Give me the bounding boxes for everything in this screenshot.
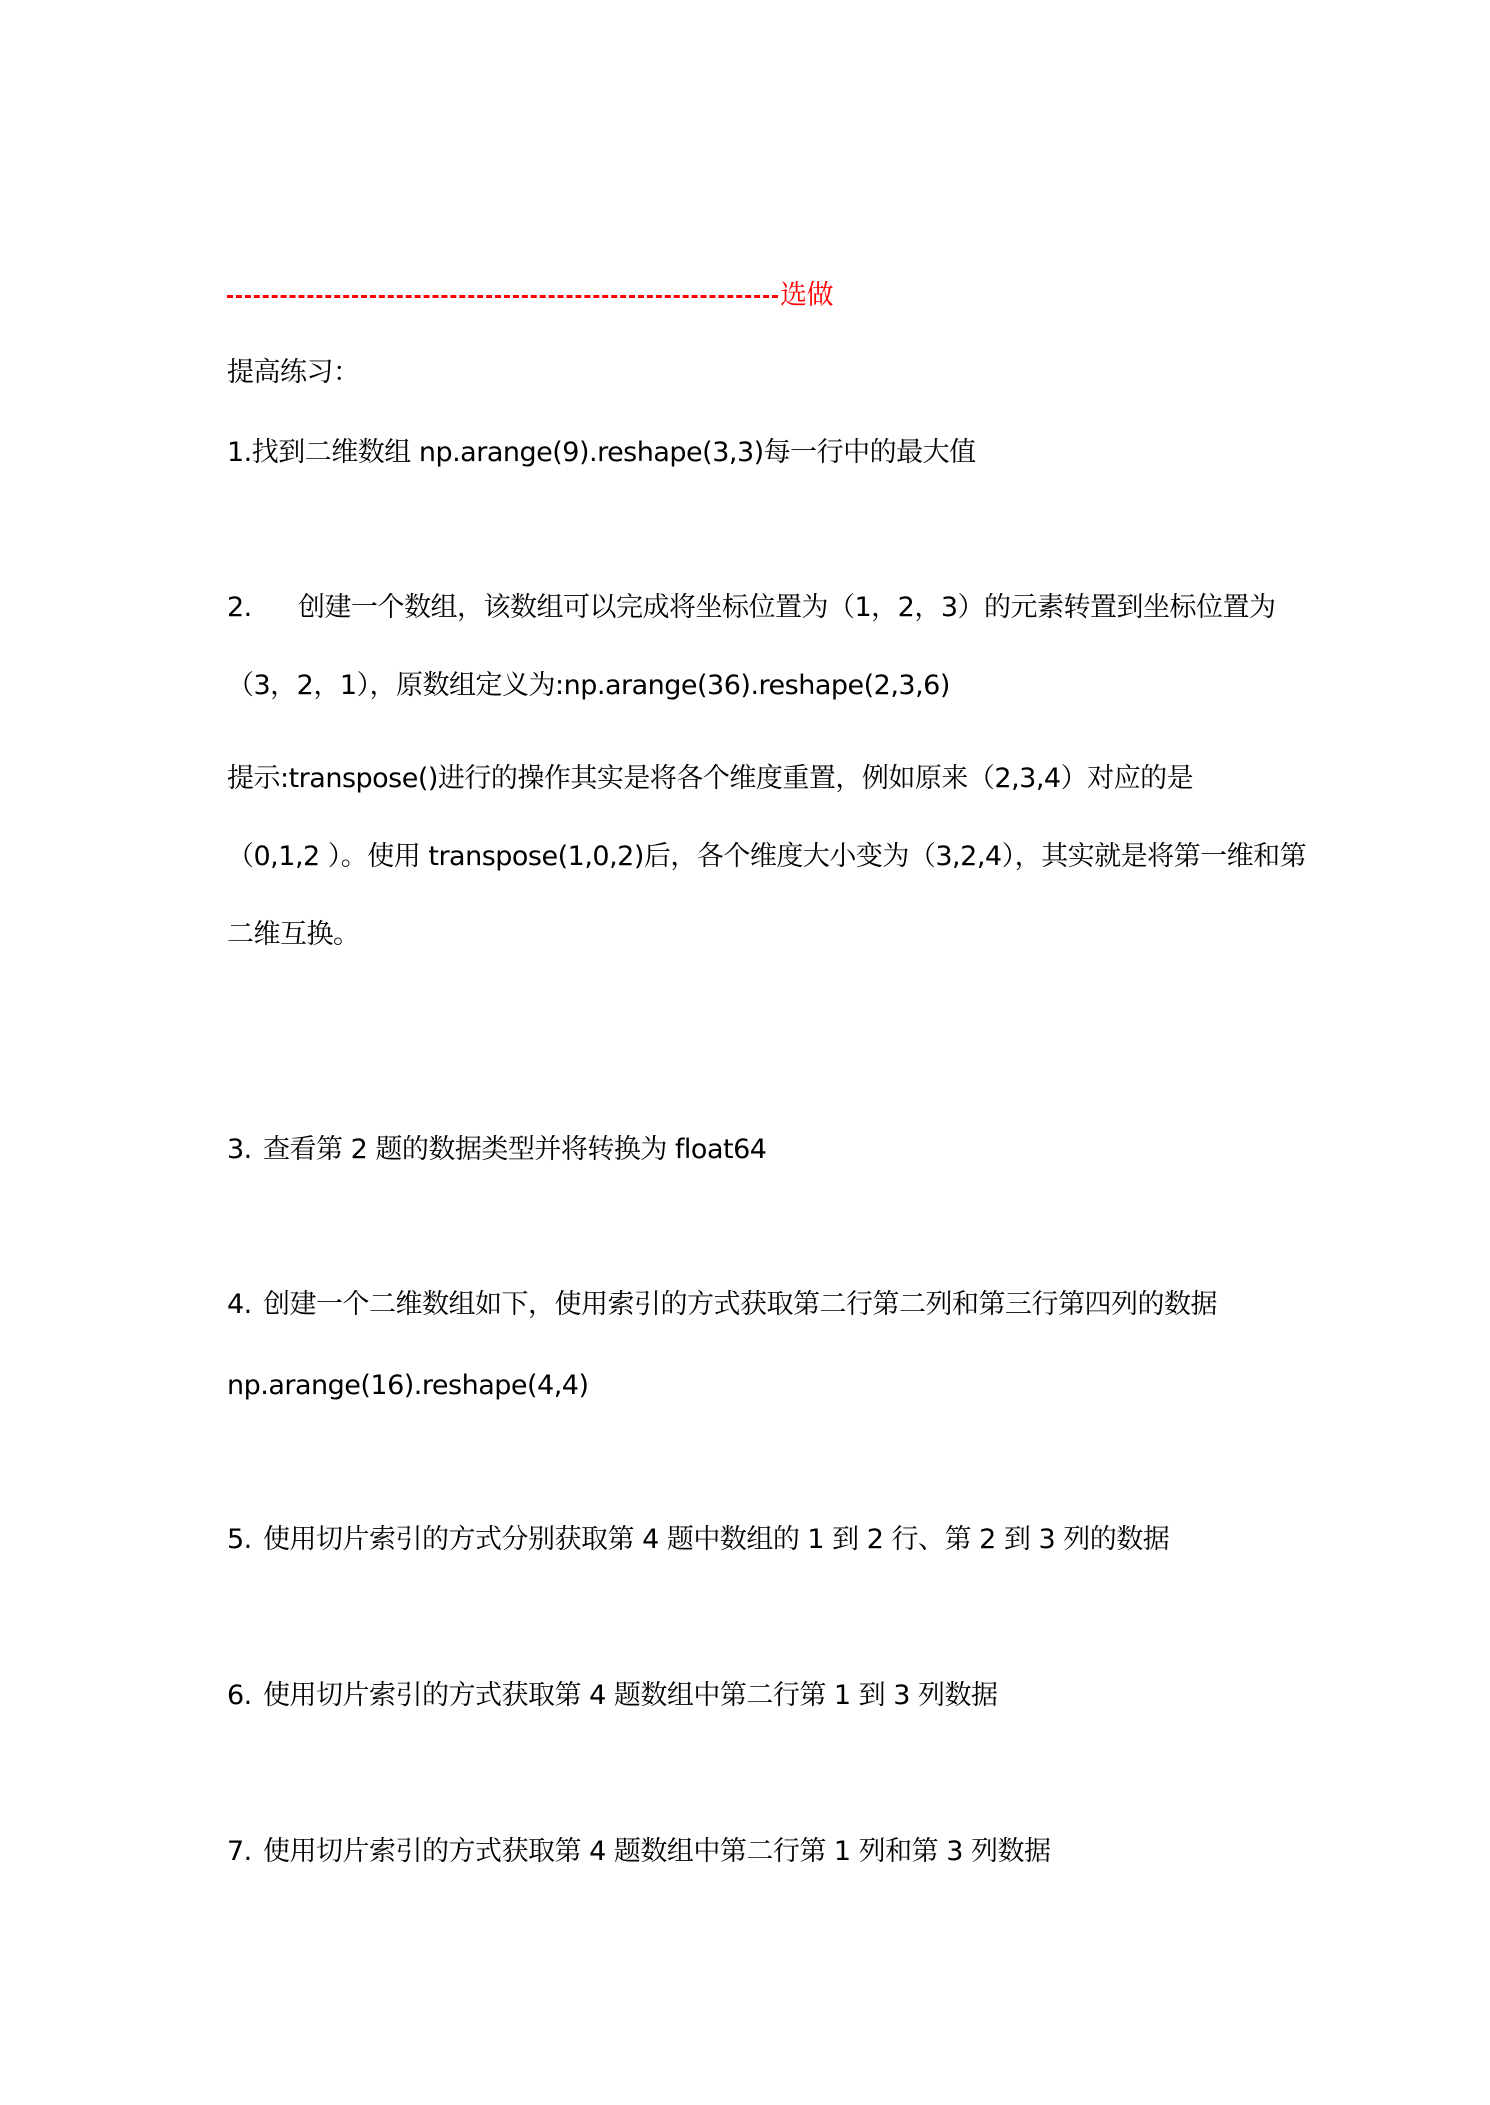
exercise-2: 2.创建一个数组，该数组可以完成将坐标位置为（1，2，3）的元素转置到坐标位置为 xyxy=(227,588,1276,628)
exercise-text: 使用切片索引的方式获取第 4 题数组中第二行第 1 列和第 3 列数据 xyxy=(263,1836,1051,1867)
exercise-number: 6. xyxy=(227,1676,263,1716)
exercise-text: 使用切片索引的方式分别获取第 4 题中数组的 1 到 2 行、第 2 到 3 列… xyxy=(263,1524,1169,1555)
exercise-text: 创建一个数组，该数组可以完成将坐标位置为（1，2，3）的元素转置到坐标位置为 xyxy=(298,592,1276,623)
optional-label: 选做 xyxy=(780,276,833,316)
exercise-number: 7. xyxy=(227,1832,263,1872)
exercise-2-hint-line-3: 二维互换。 xyxy=(227,915,360,955)
exercise-number: 4. xyxy=(227,1285,263,1325)
exercise-number: 5. xyxy=(227,1520,263,1560)
section-title: 提高练习： xyxy=(227,353,360,393)
exercise-number: 3. xyxy=(227,1130,263,1170)
document-page: 选做 提高练习： 1.找到二维数组 np.arange(9).reshape(3… xyxy=(0,0,1490,2105)
exercise-text: 创建一个二维数组如下，使用索引的方式获取第二行第二列和第三行第四列的数据 xyxy=(263,1289,1217,1320)
exercise-number: 2. xyxy=(227,588,298,628)
exercise-4-code: np.arange(16).reshape(4,4) xyxy=(227,1366,589,1406)
exercise-4: 4.创建一个二维数组如下，使用索引的方式获取第二行第二列和第三行第四列的数据 xyxy=(227,1285,1217,1325)
exercise-7: 7.使用切片索引的方式获取第 4 题数组中第二行第 1 列和第 3 列数据 xyxy=(227,1832,1051,1872)
exercise-2-hint-line-2: （0,1,2 ）。使用 transpose(1,0,2)后，各个维度大小变为（3… xyxy=(227,837,1306,877)
exercise-2-continued: （3，2，1），原数组定义为:np.arange(36).reshape(2,3… xyxy=(227,666,950,706)
exercise-text: 找到二维数组 np.arange(9).reshape(3,3)每一行中的最大值 xyxy=(252,437,976,468)
exercise-text: 使用切片索引的方式获取第 4 题数组中第二行第 1 到 3 列数据 xyxy=(263,1680,998,1711)
exercise-number: 1. xyxy=(227,433,252,473)
dashed-rule xyxy=(227,295,778,298)
exercise-6: 6.使用切片索引的方式获取第 4 题数组中第二行第 1 到 3 列数据 xyxy=(227,1676,998,1716)
section-divider: 选做 xyxy=(227,276,833,316)
exercise-2-hint-line-1: 提示:transpose()进行的操作其实是将各个维度重置，例如原来（2,3,4… xyxy=(227,759,1193,799)
exercise-5: 5.使用切片索引的方式分别获取第 4 题中数组的 1 到 2 行、第 2 到 3… xyxy=(227,1520,1169,1560)
exercise-3: 3.查看第 2 题的数据类型并将转换为 float64 xyxy=(227,1130,766,1170)
exercise-1: 1.找到二维数组 np.arange(9).reshape(3,3)每一行中的最… xyxy=(227,433,976,473)
exercise-text: 查看第 2 题的数据类型并将转换为 float64 xyxy=(263,1134,766,1165)
